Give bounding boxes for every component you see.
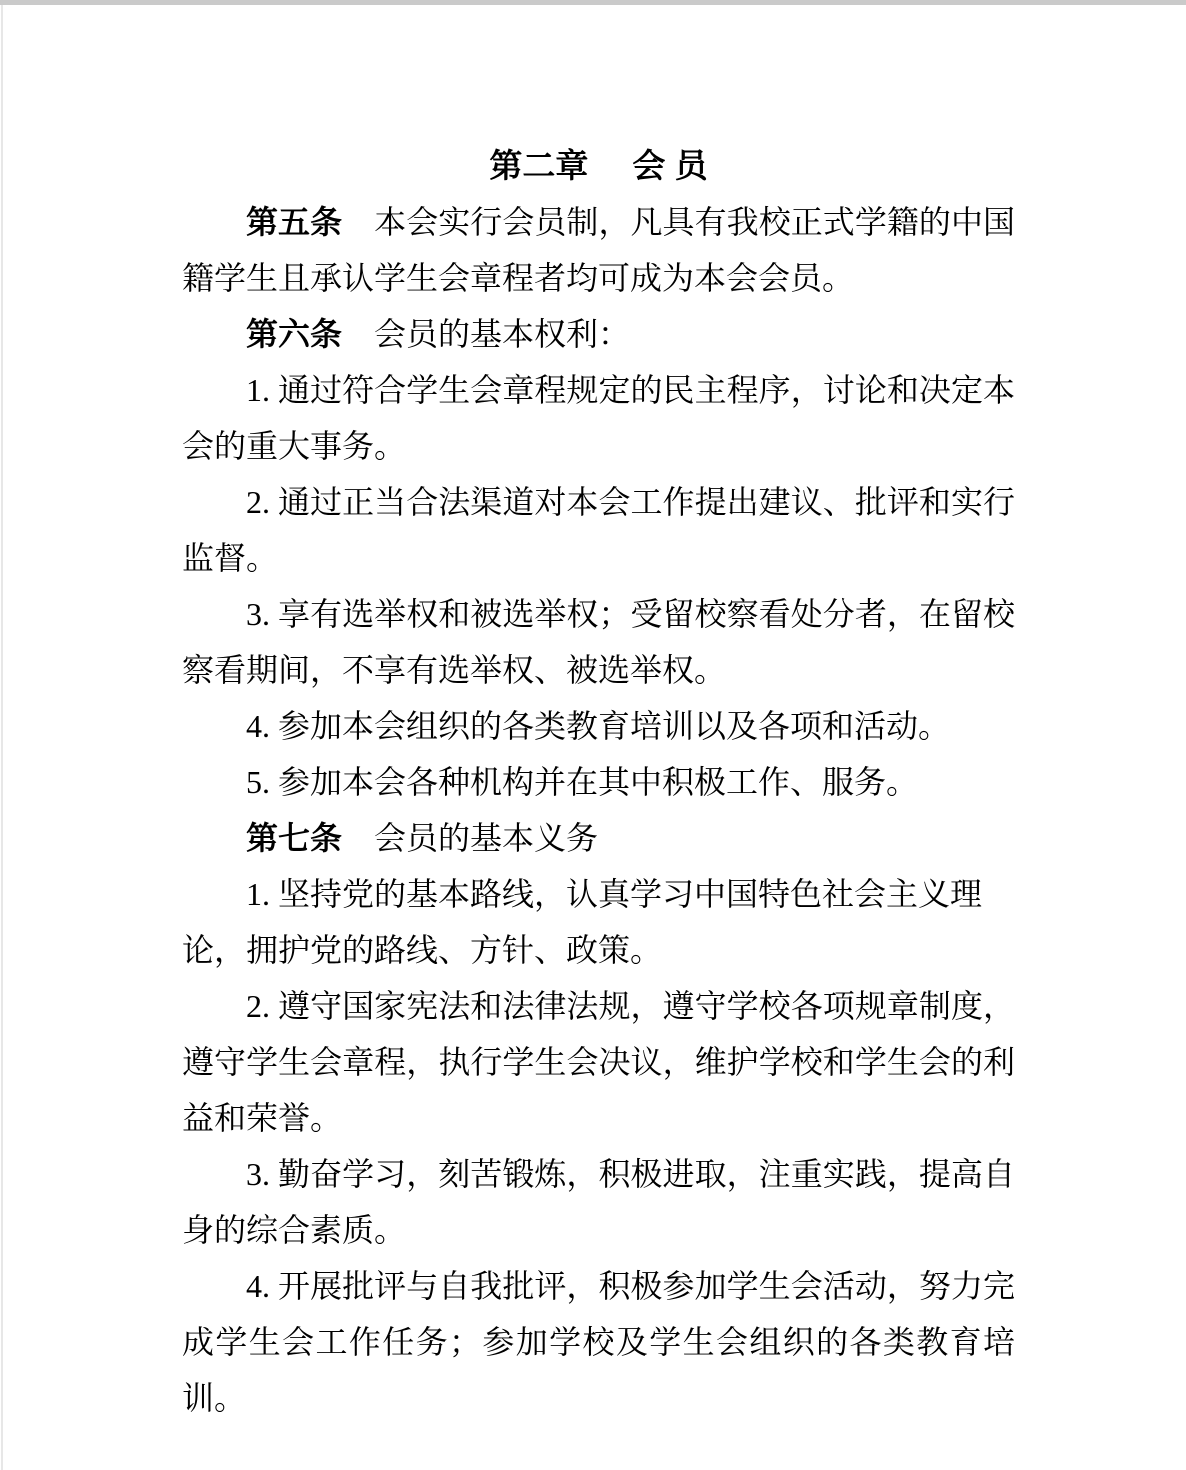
line-text: 训。 [182, 1380, 246, 1416]
chapter-name: 会 员 [632, 147, 707, 184]
line-text: 3. 享有选举权和被选举权；受留校察看处分者，在留校 [246, 596, 1015, 632]
line-text: 4. 开展批评与自我批评，积极参加学生会活动，努力完 [246, 1268, 1015, 1304]
text-line: 籍学生且承认学生会章程者均可成为本会会员。 [182, 250, 1015, 306]
article-label-6: 第六条 [246, 316, 342, 352]
line-text: 1. 通过符合学生会章程规定的民主程序，讨论和决定本 [246, 372, 1015, 408]
text-line: 3. 享有选举权和被选举权；受留校察看处分者，在留校 [182, 586, 1015, 642]
chapter-title: 第二章会 员 [182, 138, 1015, 194]
text-line: 2. 遵守国家宪法和法律法规，遵守学校各项规章制度， [182, 978, 1015, 1034]
page-top-edge [0, 0, 1186, 5]
text-line: 3. 勤奋学习，刻苦锻炼，积极进取，注重实践，提高自 [182, 1146, 1015, 1202]
line-text: 3. 勤奋学习，刻苦锻炼，积极进取，注重实践，提高自 [246, 1156, 1015, 1192]
line-text: 本会实行会员制，凡具有我校正式学籍的中国 [342, 204, 1015, 240]
text-line: 会的重大事务。 [182, 418, 1015, 474]
text-line: 第五条 本会实行会员制，凡具有我校正式学籍的中国 [182, 194, 1015, 250]
article-label-5: 第五条 [246, 204, 342, 240]
text-line: 遵守学生会章程，执行学生会决议，维护学校和学生会的利 [182, 1034, 1015, 1090]
line-text: 论，拥护党的路线、方针、政策。 [182, 932, 662, 968]
line-text: 会的重大事务。 [182, 428, 406, 464]
line-text: 成学生会工作任务；参加学校及学生会组织的各类教育培 [182, 1324, 1015, 1360]
text-line: 成学生会工作任务；参加学校及学生会组织的各类教育培 [182, 1314, 1015, 1370]
document-content: 第二章会 员 第五条 本会实行会员制，凡具有我校正式学籍的中国 籍学生且承认学生… [182, 138, 1015, 1426]
line-text: 会员的基本义务 [342, 820, 598, 856]
text-line: 论，拥护党的路线、方针、政策。 [182, 922, 1015, 978]
chapter-number: 第二章 [489, 147, 588, 184]
text-line: 第七条 会员的基本义务 [182, 810, 1015, 866]
text-line: 第六条 会员的基本权利： [182, 306, 1015, 362]
line-text: 身的综合素质。 [182, 1212, 406, 1248]
line-text: 2. 遵守国家宪法和法律法规，遵守学校各项规章制度， [246, 988, 1015, 1024]
line-text: 2. 通过正当合法渠道对本会工作提出建议、批评和实行 [246, 484, 1015, 520]
text-line: 1. 通过符合学生会章程规定的民主程序，讨论和决定本 [182, 362, 1015, 418]
line-text: 4. 参加本会组织的各类教育培训以及各项和活动。 [246, 708, 950, 744]
article-label-7: 第七条 [246, 820, 342, 856]
line-text: 5. 参加本会各种机构并在其中积极工作、服务。 [246, 764, 918, 800]
text-line: 察看期间，不享有选举权、被选举权。 [182, 642, 1015, 698]
line-text: 籍学生且承认学生会章程者均可成为本会会员。 [182, 260, 854, 296]
line-text: 察看期间，不享有选举权、被选举权。 [182, 652, 726, 688]
line-text: 会员的基本权利： [342, 316, 630, 352]
line-text: 监督。 [182, 540, 278, 576]
line-text: 1. 坚持党的基本路线，认真学习中国特色社会主义理 [246, 876, 982, 912]
text-line: 1. 坚持党的基本路线，认真学习中国特色社会主义理 [182, 866, 1015, 922]
line-text: 益和荣誉。 [182, 1100, 342, 1136]
page-left-edge [1, 5, 3, 1470]
text-line: 身的综合素质。 [182, 1202, 1015, 1258]
line-text: 遵守学生会章程，执行学生会决议，维护学校和学生会的利 [182, 1044, 1015, 1080]
text-line: 4. 参加本会组织的各类教育培训以及各项和活动。 [182, 698, 1015, 754]
text-line: 训。 [182, 1370, 1015, 1426]
text-line: 益和荣誉。 [182, 1090, 1015, 1146]
text-line: 5. 参加本会各种机构并在其中积极工作、服务。 [182, 754, 1015, 810]
text-line: 4. 开展批评与自我批评，积极参加学生会活动，努力完 [182, 1258, 1015, 1314]
text-line: 2. 通过正当合法渠道对本会工作提出建议、批评和实行 [182, 474, 1015, 530]
text-line: 监督。 [182, 530, 1015, 586]
